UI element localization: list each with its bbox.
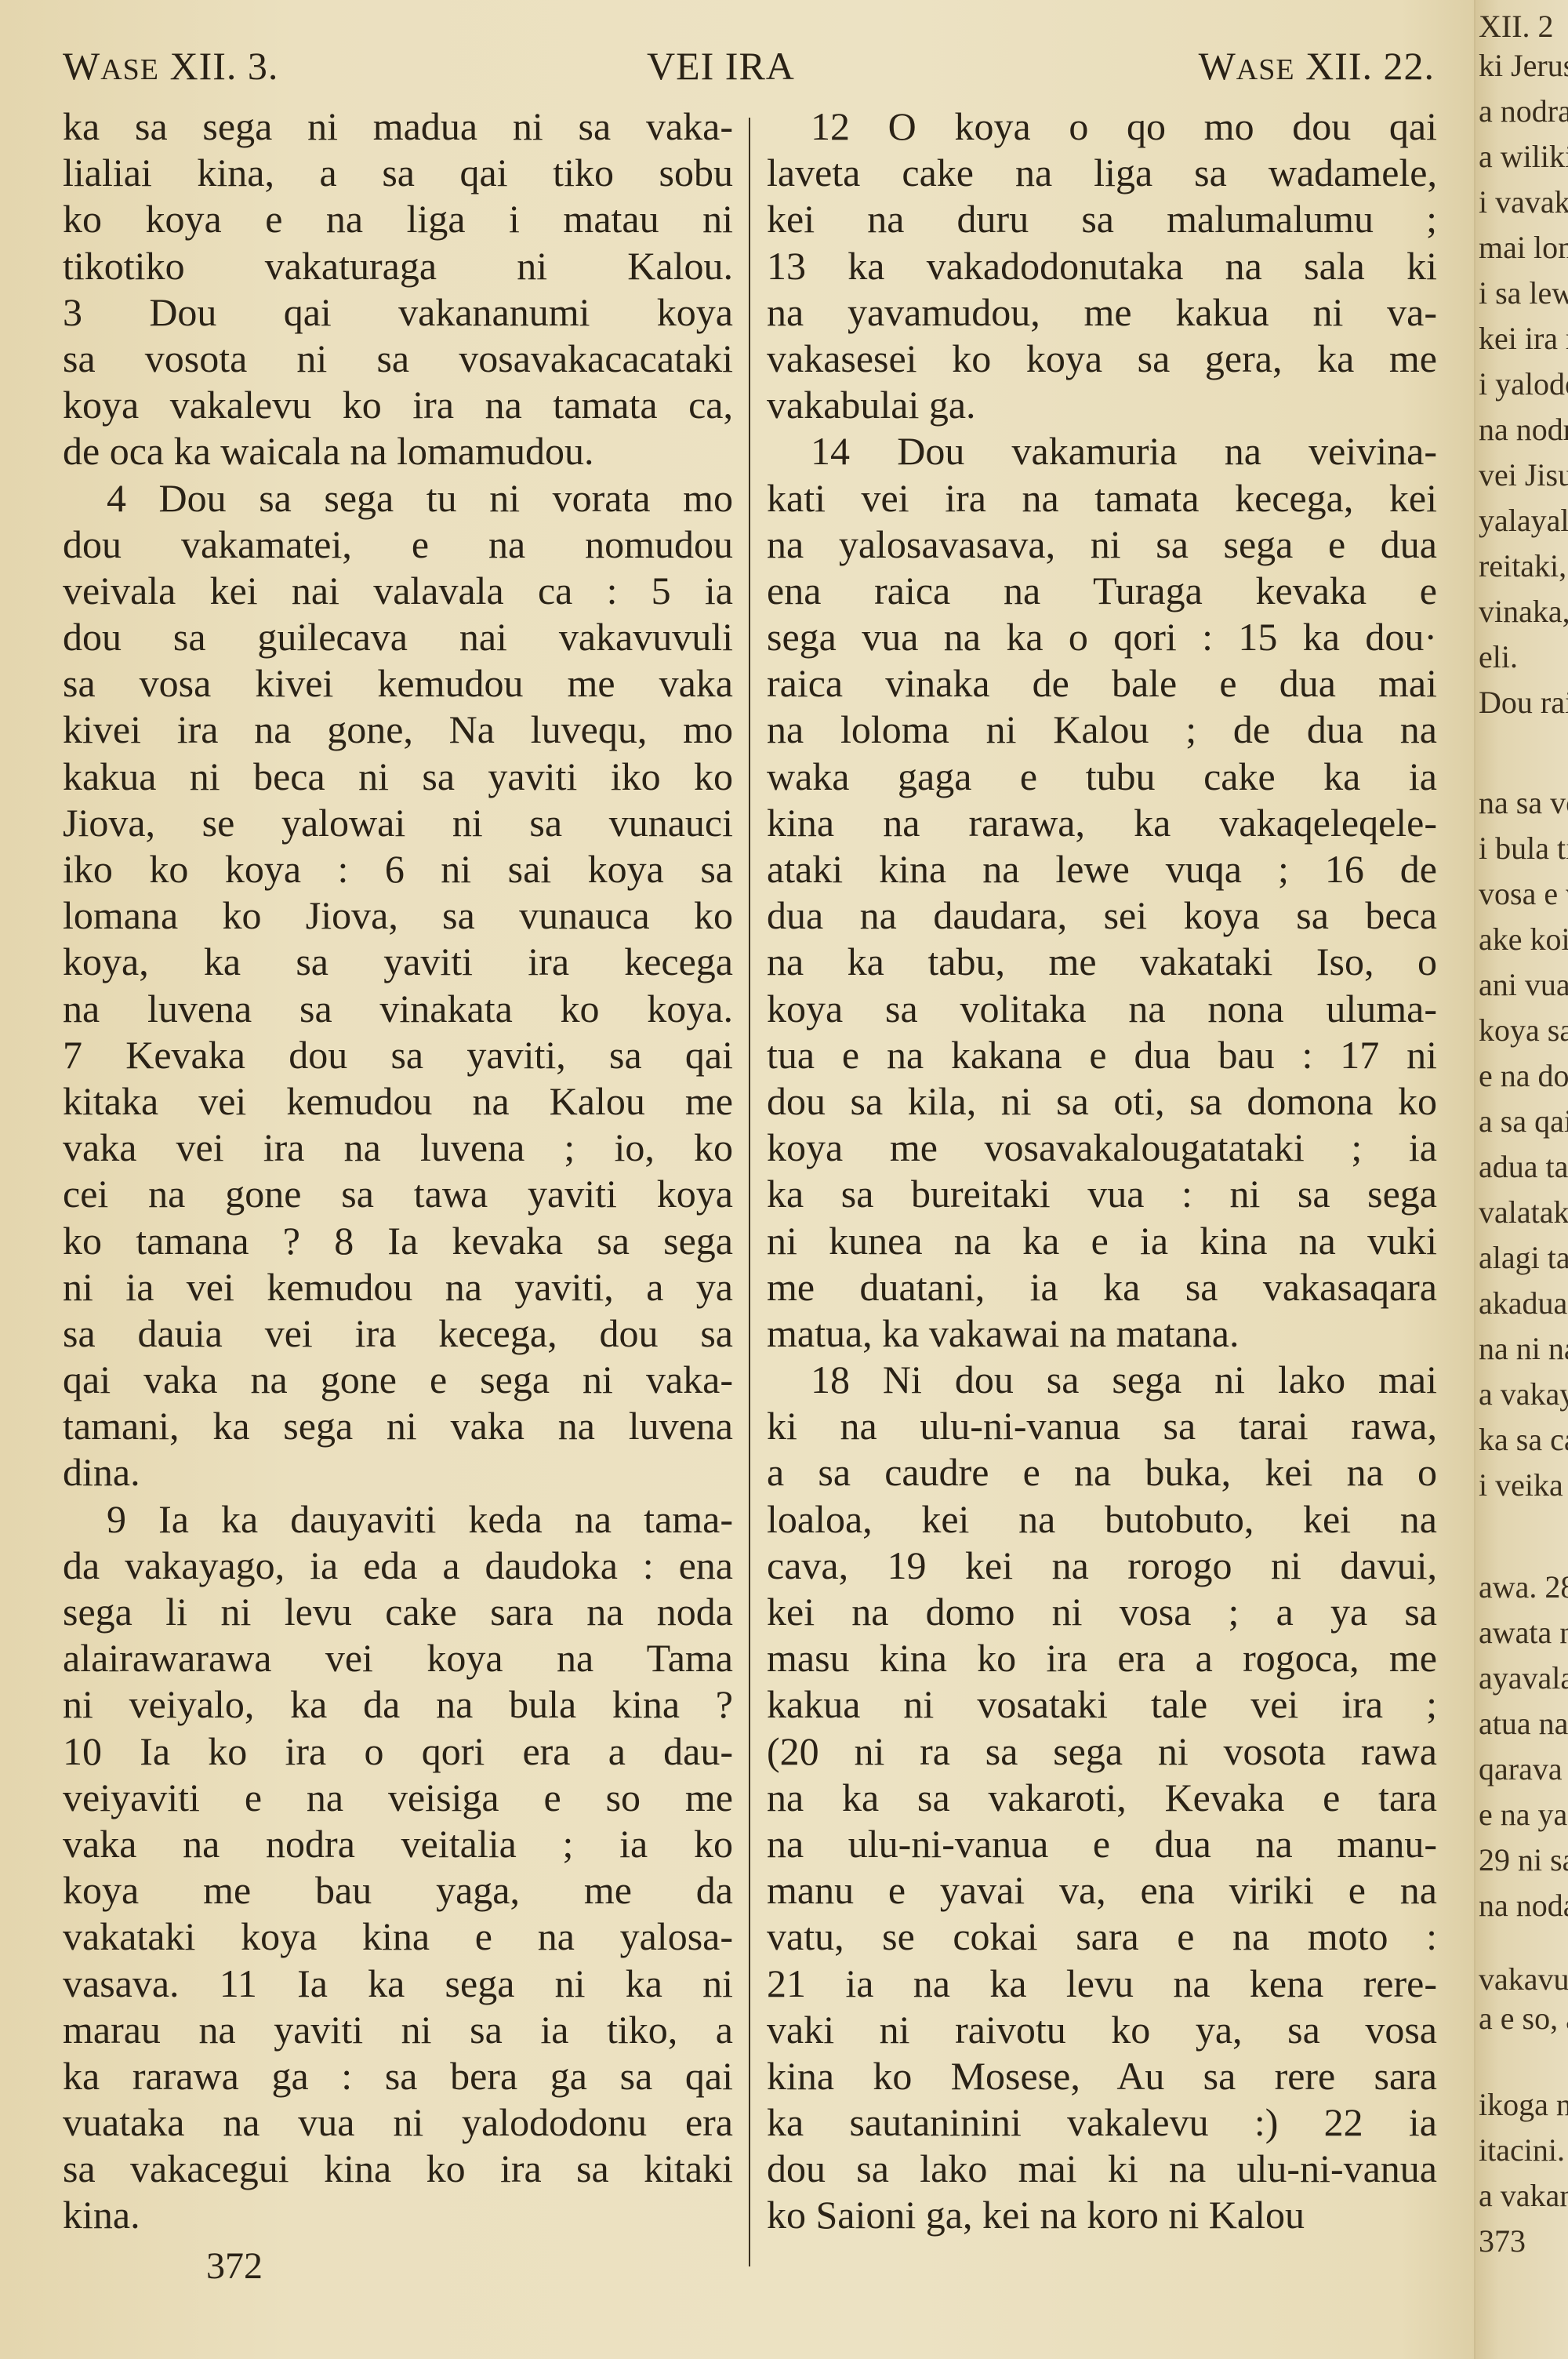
text-line: 12 O koya o qo mo dou qai	[767, 104, 1437, 150]
next-page-text-fragment: na noda K	[1479, 1887, 1568, 1924]
text-line: dou sa kila, ni sa oti, sa domona ko	[767, 1078, 1437, 1125]
text-line: na yavamudou, me kakua ni va-	[767, 289, 1437, 336]
next-page-text-fragment: ayavalatak	[1479, 1659, 1568, 1696]
text-line: vaki ni raivotu ko ya, sa vosa	[767, 2007, 1437, 2053]
next-page-text-fragment: atua na	[1479, 1705, 1568, 1742]
next-page-text-fragment: a vakayav	[1479, 1376, 1568, 1412]
next-page-text-fragment: awa. 28	[1479, 1568, 1568, 1605]
next-page-text-fragment: a wiliki	[1479, 138, 1568, 175]
text-line: vaka vei ira na luvena ; io, ko	[63, 1125, 733, 1171]
text-line: koya sa volitaka na nona uluma-	[767, 986, 1437, 1032]
next-page-text-fragment: na ni na k	[1479, 1330, 1568, 1367]
next-page-text-fragment: vosa e vu	[1479, 875, 1568, 912]
text-line: koya me bau yaga, me da	[63, 1867, 733, 1914]
text-line: sega vua na ka o qori : 15 ka dou·	[767, 614, 1437, 660]
text-line: cava, 19 kei na rorogo ni davui,	[767, 1543, 1437, 1589]
next-page-text-fragment: vei Jisu ta	[1479, 456, 1568, 493]
text-line: dou vakamatei, e na nomudou	[63, 522, 733, 568]
text-line: koya vakalevu ko ira na tamata ca,	[63, 382, 733, 428]
text-line: kakua ni beca ni sa yaviti iko ko	[63, 754, 733, 800]
text-line: loaloa, kei na butobuto, kei na	[767, 1496, 1437, 1543]
text-line: koya, ka sa yaviti ira kecega	[63, 939, 733, 985]
text-line: matua, ka vakawai na matana.	[767, 1310, 1437, 1357]
next-page-text-fragment: adua tale,	[1479, 1148, 1568, 1185]
next-page-text-fragment: i bula tiko	[1479, 830, 1568, 867]
next-page-text-fragment: i sa lewai	[1479, 274, 1568, 311]
text-line: vuataka na vua ni yalododonu era	[63, 2099, 733, 2146]
next-page-text-fragment: akadua ta	[1479, 1285, 1568, 1321]
text-line: masu kina ko ira era a rogoca, me	[767, 1635, 1437, 1681]
text-line: me duatani, ia ka sa vakasaqara	[767, 1264, 1437, 1310]
next-page-text-fragment: yalayalati	[1479, 502, 1568, 539]
text-line: na ka sa vakaroti, Kevaka e tara	[767, 1775, 1437, 1821]
text-line: koya me vosavakalougatataki ; ia	[767, 1125, 1437, 1171]
text-line: na yalosavasava, ni sa sega e dua	[767, 522, 1437, 568]
next-page-text-fragment: i vavakosc	[1479, 184, 1568, 220]
text-line: ni ia vei kemudou na yaviti, a ya	[63, 1264, 733, 1310]
next-page-text-fragment: vinaka, s	[1479, 593, 1568, 630]
text-line: waka gaga e tubu cake ka ia	[767, 754, 1437, 800]
text-line: sa vakacegui kina ko ira sa kitaki	[63, 2146, 733, 2192]
text-column-right: 12 O koya o qo mo dou qailaveta cake na …	[767, 104, 1437, 2239]
text-line: marau na yaviti ni sa ia tiko, a	[63, 2007, 733, 2053]
text-line: 3 Dou qai vakananumi koya	[63, 289, 733, 336]
next-page-text-fragment: 373	[1479, 2223, 1526, 2259]
text-line: ki na ulu-ni-vanua sa tarai rawa,	[767, 1403, 1437, 1449]
text-line: ka sa bureitaki vua : ni sa sega	[767, 1171, 1437, 1217]
next-page-text-fragment: ka sa cak	[1479, 1421, 1568, 1458]
text-line: a sa caudre e na buka, kei na o	[767, 1449, 1437, 1496]
text-line: alairawarawa vei koya na Tama	[63, 1635, 733, 1681]
text-line: vaka na nodra veitalia ; ia ko	[63, 1821, 733, 1867]
text-line: (20 ni ra sa sega ni vosota rawa	[767, 1728, 1437, 1775]
text-line: manu e yavai va, ena viriki e na	[767, 1867, 1437, 1914]
next-page-text-fragment: a nodrai va	[1479, 93, 1568, 129]
text-line: kati vei ira na tamata kecega, kei	[767, 475, 1437, 522]
text-line: kina na rarawa, ka vakaqeleqele-	[767, 800, 1437, 846]
running-head-left: WASE XII. 3.	[63, 43, 278, 89]
next-page-text-fragment: mai lomal	[1479, 229, 1568, 266]
text-line: raica vinaka de bale e dua mai	[767, 660, 1437, 707]
next-page-text-fragment: koya sa va	[1479, 1012, 1568, 1049]
text-line: kei na domo ni vosa ; a ya sa	[767, 1589, 1437, 1635]
text-line: veivala kei nai valavala ca : 5 ia	[63, 568, 733, 614]
text-line: de oca ka waicala na lomamudou.	[63, 428, 733, 474]
running-head: WASE XII. 3. VEI IRA WASE XII. 22.	[63, 43, 1435, 90]
next-page-text-fragment: ikoga na v	[1479, 2086, 1568, 2123]
text-line: na loloma ni Kalou ; de dua na	[767, 707, 1437, 753]
text-line: iko ko koya : 6 ni sai koya sa	[63, 846, 733, 892]
text-line: vatu, se cokai sara e na moto :	[767, 1914, 1437, 1960]
text-line: vakabulai ga.	[767, 382, 1437, 428]
text-line: ni veiyalo, ka da na bula kina ?	[63, 1681, 733, 1728]
next-page-text-fragment: itacini. 2	[1479, 2132, 1568, 2168]
text-line: laveta cake na liga sa wadamele,	[767, 150, 1437, 196]
text-line: 9 Ia ka dauyaviti keda na tama-	[63, 1496, 733, 1543]
next-page-text-fragment: a vakani	[1479, 2177, 1568, 2214]
next-page-text-fragment: alagi taleg	[1479, 1239, 1568, 1276]
text-line: ka sa sega ni madua ni sa vaka-	[63, 104, 733, 150]
next-page-edge: XII. 2ki Jerusala nodrai vaa wilikii vav…	[1474, 0, 1568, 2359]
text-line: dou sa guilecava nai vakavuvuli	[63, 614, 733, 660]
next-page-text-fragment: Dou raica,	[1479, 684, 1568, 721]
text-line: tikotiko vakaturaga ni Kalou.	[63, 243, 733, 289]
text-line: qai vaka na gone e sega ni vaka-	[63, 1357, 733, 1403]
text-line: veiyaviti e na veisiga e so me	[63, 1775, 733, 1821]
next-page-text-fragment: vakavulici	[1479, 1961, 1568, 1997]
next-page-text-fragment: eli.	[1479, 638, 1518, 675]
next-page-text-fragment: i yalodod	[1479, 365, 1568, 402]
next-page-text-fragment: 29 ni sa b	[1479, 1841, 1568, 1878]
next-page-text-fragment: reitaki, o	[1479, 547, 1568, 584]
text-line: ena raica na Turaga kevaka e	[767, 568, 1437, 614]
text-line: Jiova, se yalowai ni sa vunauci	[63, 800, 733, 846]
book-page-left: WASE XII. 3. VEI IRA WASE XII. 22. ka sa…	[0, 0, 1474, 2359]
running-head-right: WASE XII. 22.	[1199, 43, 1435, 89]
next-page-text-fragment: a e so, a sa	[1479, 2000, 1568, 2037]
text-line: ko Saioni ga, kei na koro ni Kalou	[767, 2192, 1437, 2238]
text-line: 14 Dou vakamuria na veivina-	[767, 428, 1437, 474]
text-line: vakataki koya kina e na yalosa-	[63, 1914, 733, 1960]
text-line: ko tamana ? 8 Ia kevaka sa sega	[63, 1218, 733, 1264]
text-line: sa vosota ni sa vosavakacacataki	[63, 336, 733, 382]
next-page-text-fragment: e na yal	[1479, 1796, 1568, 1833]
text-line: kina ko Mosese, Au sa rere sara	[767, 2053, 1437, 2099]
text-line: kivei ira na gone, Na luvequ, mo	[63, 707, 733, 753]
text-line: lialiai kina, a sa qai tiko sobu	[63, 150, 733, 196]
next-page-text-fragment: XII. 2	[1479, 8, 1554, 45]
text-line: na ulu-ni-vanua e dua na manu-	[767, 1821, 1437, 1867]
text-line: sega li ni levu cake sara na noda	[63, 1589, 733, 1635]
text-line: na ka tabu, me vakataki Iso, o	[767, 939, 1437, 985]
next-page-text-fragment: i veika sa	[1479, 1467, 1568, 1503]
next-page-text-fragment: ki Jerusal	[1479, 47, 1568, 84]
running-head-title: VEI IRA	[647, 43, 795, 89]
text-line: 10 Ia ko ira o qori era a dau-	[63, 1728, 733, 1775]
next-page-text-fragment: na nodra	[1479, 411, 1568, 448]
text-line: tua e na kakana e dua bau : 17 ni	[767, 1032, 1437, 1078]
text-line: 7 Kevaka dou sa yaviti, sa qai	[63, 1032, 733, 1078]
next-page-text-fragment: qarava v	[1479, 1750, 1568, 1787]
next-page-text-fragment: valataki v	[1479, 1194, 1568, 1230]
page-number: 372	[206, 2245, 263, 2288]
text-column-left: ka sa sega ni madua ni sa vaka-lialiai k…	[63, 104, 733, 2239]
text-line: sa vosa kivei kemudou me vaka	[63, 660, 733, 707]
text-line: dua na daudara, sei koya sa beca	[767, 892, 1437, 939]
column-divider	[749, 118, 750, 2266]
next-page-text-fragment: ani vua s	[1479, 966, 1568, 1003]
next-page-text-fragment: na sa vosa.	[1479, 784, 1568, 821]
next-page-text-fragment: awata na n	[1479, 1614, 1568, 1651]
text-line: cei na gone sa tawa yaviti koya	[63, 1171, 733, 1217]
next-page-text-fragment: ake koi ke	[1479, 921, 1568, 958]
text-line: kei na duru sa malumalumu ;	[767, 196, 1437, 242]
text-line: vakasesei ko koya sa gera, ka me	[767, 336, 1437, 382]
text-line: vasava. 11 Ia ka sega ni ka ni	[63, 1961, 733, 2007]
text-line: dou sa lako mai ki na ulu-ni-vanua	[767, 2146, 1437, 2192]
text-line: ka sautaninini vakalevu :) 22 ia	[767, 2099, 1437, 2146]
next-page-text-fragment: a sa qai ya	[1479, 1103, 1568, 1140]
text-line: 4 Dou sa sega tu ni vorata mo	[63, 475, 733, 522]
text-line: tamani, ka sega ni vaka na luvena	[63, 1403, 733, 1449]
text-line: 21 ia na ka levu na kena rere-	[767, 1961, 1437, 2007]
text-line: ni kunea na ka e ia kina na vuki	[767, 1218, 1437, 1264]
text-line: 13 ka vakadodonutaka na sala ki	[767, 243, 1437, 289]
text-line: 18 Ni dou sa sega ni lako mai	[767, 1357, 1437, 1403]
text-line: ko koya e na liga i matau ni	[63, 196, 733, 242]
text-line: dina.	[63, 1449, 733, 1496]
text-line: sa dauia vei ira kecega, dou sa	[63, 1310, 733, 1357]
text-line: na luvena sa vinakata ko koya.	[63, 986, 733, 1032]
text-line: kakua ni vosataki tale vei ira ;	[767, 1681, 1437, 1728]
text-line: kitaka vei kemudou na Kalou me	[63, 1078, 733, 1125]
text-line: ka rarawa ga : sa bera ga sa qai	[63, 2053, 733, 2099]
next-page-text-fragment: kei ira r	[1479, 320, 1568, 357]
text-line: lomana ko Jiova, sa vunauca ko	[63, 892, 733, 939]
text-line: kina.	[63, 2192, 733, 2238]
next-page-text-fragment: e na don	[1479, 1057, 1568, 1094]
text-line: da vakayago, ia eda a daudoka : ena	[63, 1543, 733, 1589]
text-line: ataki kina na lewe vuqa ; 16 de	[767, 846, 1437, 892]
